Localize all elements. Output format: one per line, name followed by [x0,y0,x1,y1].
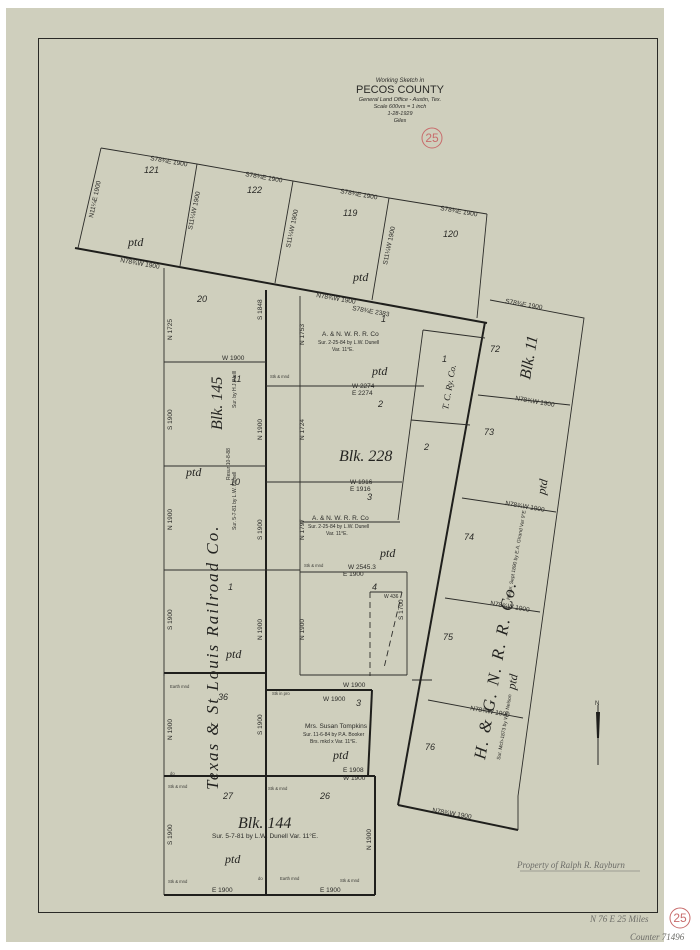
red-stamp-bottom: 25 [673,911,687,925]
svg-text:S78¾E 1900: S78¾E 1900 [340,188,379,201]
svg-text:N 1900: N 1900 [257,619,264,640]
svg-text:Sur. 5-7-81 by L.W. Dunell: Sur. 5-7-81 by L.W. Dunell [232,472,238,530]
svg-text:W 1900: W 1900 [343,682,366,689]
svg-text:76: 76 [425,742,435,752]
svg-text:N 1900: N 1900 [257,419,264,440]
lot-27: 27 [222,791,234,801]
svg-text:Stk & mnd: Stk & mnd [168,879,188,884]
svg-text:W 436: W 436 [384,594,399,600]
svg-text:Stk & mnd: Stk & mnd [304,563,324,568]
svg-text:Sur. 11-6-84 by P.A. Booker: Sur. 11-6-84 by P.A. Booker [303,732,365,738]
svg-text:Var. 11°E.: Var. 11°E. [326,531,348,537]
svg-text:S78¾E 1900: S78¾E 1900 [505,298,544,311]
svg-text:Stk in pro: Stk in pro [272,691,290,696]
lot-1: 1 [228,582,233,592]
svg-text:3: 3 [367,492,372,502]
svg-text:2: 2 [377,399,383,409]
survey-map: Working Sketch in PECOS COUNTY General L… [0,0,700,950]
tc-ry-strip: T. C. Ry. Co. 1 2 [398,322,485,805]
top-sections: S78¾E 1900 S78¾E 1900 S78¾E 1900 S78¾E 1… [75,148,487,323]
svg-text:3: 3 [356,698,361,708]
svg-text:N 1900: N 1900 [366,829,373,850]
block-144-label: Blk. 144 [238,815,291,832]
ptd-label: ptd [185,465,202,479]
block-11-label: Blk. 11 [517,334,541,380]
svg-text:W 1900: W 1900 [222,355,245,362]
lot-26: 26 [319,791,330,801]
title-block: Working Sketch in PECOS COUNTY General L… [356,78,445,148]
ptd-label: ptd [225,647,242,661]
svg-text:do: do [170,771,175,776]
svg-text:N 1900: N 1900 [299,619,306,640]
svg-text:74: 74 [464,532,474,542]
svg-text:Var. 11°E.: Var. 11°E. [332,347,354,353]
anw-name-2: A. & N. W. R. R. Co [312,515,369,522]
svg-text:N78¾W 1900: N78¾W 1900 [515,395,556,409]
svg-text:W 2545.3: W 2545.3 [348,564,376,571]
ptd-label: ptd [379,546,396,560]
distance-note: N 76 E 25 Miles [589,914,649,924]
svg-text:E 1908: E 1908 [343,767,364,774]
north-arrow: N [595,701,600,765]
property-note: Property of Ralph R. Rayburn [516,860,625,870]
railroad-texas-st-louis: Texas & St Louis Railroad Co. [203,525,222,791]
svg-text:N78¾W 1900: N78¾W 1900 [316,292,357,306]
lot-122: 122 [247,185,262,195]
ptd-label: ptd [371,364,388,378]
ptd-label: ptd [534,477,551,497]
anw-name-1: A. & N. W. R. R. Co [322,331,379,338]
lot-121: 121 [144,165,159,175]
svg-text:Earth mnd: Earth mnd [170,684,190,689]
lot-119: 119 [343,208,357,218]
svg-text:E 1900: E 1900 [212,887,233,894]
svg-text:N78¾W 1900: N78¾W 1900 [432,807,473,821]
block-144-survey: Sur. 5-7-81 by L.W. Dunell Var. 11°E. [212,832,318,840]
tc-ry-co-label: T. C. Ry. Co. [440,364,458,410]
svg-text:S 1900: S 1900 [167,824,174,845]
title-author: Giles [394,118,407,124]
svg-text:E 1900: E 1900 [343,571,364,578]
svg-text:N11¼E 1900: N11¼E 1900 [88,180,103,218]
ptd-label: ptd [352,270,369,284]
svg-text:Stk & mnd: Stk & mnd [270,374,290,379]
svg-text:W 1900: W 1900 [343,775,366,782]
svg-text:do: do [258,876,263,881]
title-line3: General Land Office - Austin, Tex. [359,97,441,103]
svg-text:1: 1 [381,314,386,324]
svg-text:Sur. 2-25-84 by L.W. Dunell: Sur. 2-25-84 by L.W. Dunell [308,524,369,530]
ptd-label: ptd [332,748,349,762]
tompkins-name: Mrs. Susan Tompkins [305,723,368,730]
svg-text:Stk & mnd: Stk & mnd [268,786,288,791]
svg-text:Sur. by H.J. Nelll: Sur. by H.J. Nelll [232,371,238,408]
svg-text:S 1900: S 1900 [257,519,264,540]
title-county: PECOS COUNTY [356,84,445,96]
svg-text:S78¾E 1900: S78¾E 1900 [245,171,284,184]
block-145: 20 11 10 1 36 27 26 Blk. 145 Texas & St … [164,268,375,895]
svg-text:Stk & mnd: Stk & mnd [340,878,360,883]
svg-text:N 1797: N 1797 [299,519,306,540]
svg-text:1: 1 [442,354,447,364]
svg-text:E 1916: E 1916 [350,486,371,493]
block-228: A. & N. W. R. R. Co Sur. 2-25-84 by L.W.… [266,296,432,782]
ptd-label: ptd [127,235,144,249]
margin-notes: Property of Ralph R. Rayburn N 76 E 25 M… [516,860,690,942]
svg-text:N 1725: N 1725 [167,319,174,340]
counter-note: Counter 71496 [630,932,685,942]
svg-text:S11¼W 1900: S11¼W 1900 [382,226,397,266]
svg-text:N 1753: N 1753 [299,324,306,345]
svg-text:Earth mnd: Earth mnd [280,876,300,881]
title-scale: Scale 600vrs = 1 inch [374,104,427,110]
svg-text:75: 75 [443,632,454,642]
red-stamp-number: 25 [425,131,439,145]
svg-text:W 1900: W 1900 [323,696,346,703]
svg-text:S 1848: S 1848 [257,299,264,320]
svg-text:Stk & mnd: Stk & mnd [168,784,188,789]
svg-text:4: 4 [372,582,377,592]
svg-text:72: 72 [490,344,500,354]
ptd-label: ptd [224,852,241,866]
svg-text:E 1900: E 1900 [320,887,341,894]
svg-text:S 1900: S 1900 [257,714,264,735]
ptd-label: ptd [504,672,521,692]
title-date: 1-28-1929 [387,111,412,117]
block-145-label: Blk. 145 [209,377,226,430]
svg-text:Sur. 2-25-84 by L.W. Dunell: Sur. 2-25-84 by L.W. Dunell [318,340,379,346]
svg-text:Brs. mkd x Var. 11°E.: Brs. mkd x Var. 11°E. [310,739,357,745]
svg-text:73: 73 [484,427,494,437]
svg-text:E 2274: E 2274 [352,390,373,397]
svg-text:N 1900: N 1900 [167,719,174,740]
svg-text:S 1900: S 1900 [167,609,174,630]
svg-text:S78¾E 1900: S78¾E 1900 [440,205,479,218]
svg-text:N 1724: N 1724 [299,419,306,440]
north-label: N [595,701,599,707]
svg-text:N 1900: N 1900 [167,509,174,530]
block-11: S78¾E 1900 N78¾W 1900 N78¾W 1900 N78¾W 1… [398,298,584,830]
svg-text:S 1700: S 1700 [398,599,405,620]
svg-text:Resur 10-8-88: Resur 10-8-88 [226,448,232,480]
svg-text:W 1916: W 1916 [350,479,373,486]
svg-text:S 1900: S 1900 [167,409,174,430]
svg-text:W 2274: W 2274 [352,383,375,390]
block-228-label: Blk. 228 [339,448,392,465]
svg-text:2: 2 [423,442,429,452]
lot-20: 20 [196,294,207,304]
lot-120: 120 [443,229,458,239]
